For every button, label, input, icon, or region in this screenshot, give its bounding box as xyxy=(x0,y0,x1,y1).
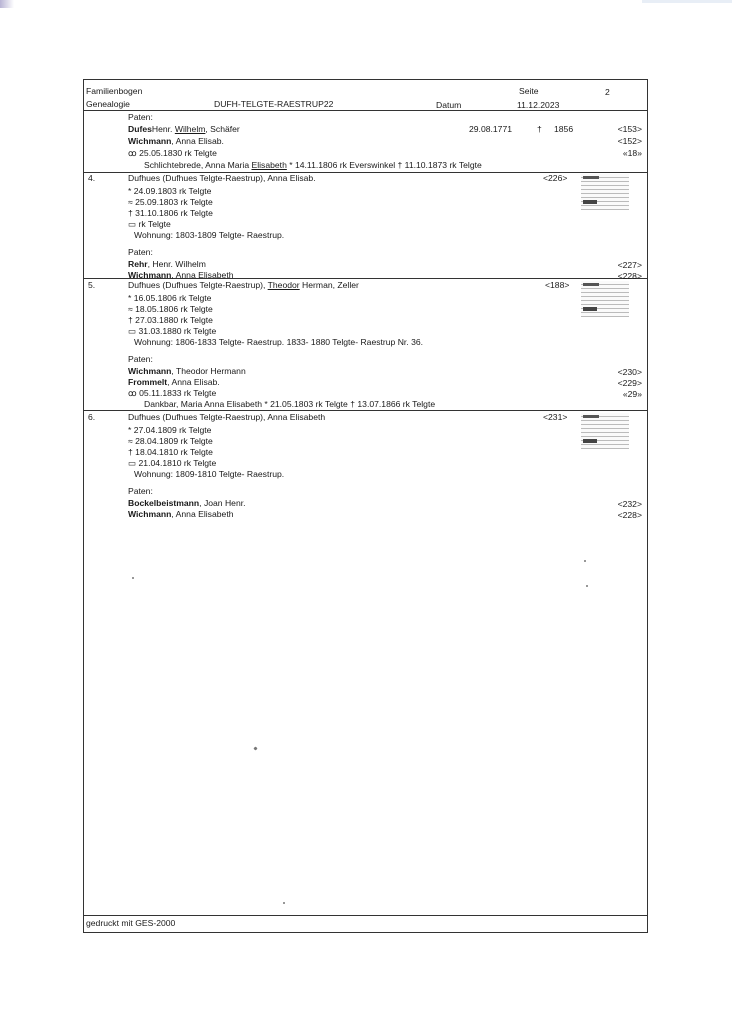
date-label: Datum xyxy=(436,100,461,111)
scan-speck xyxy=(253,746,257,750)
child-entry: 4. Dufhues (Dufhues Telgte-Raestrup), An… xyxy=(84,172,647,279)
entry-number: 6. xyxy=(88,412,95,423)
godparent: Rehr, Henr. Wilhelm xyxy=(128,259,206,270)
paten-label: Paten: xyxy=(128,112,153,123)
file-name: DUFH-TELGTE-RAESTRUP22 xyxy=(214,99,333,110)
child-name: Dufhues (Dufhues Telgte-Raestrup), Theod… xyxy=(128,280,359,291)
spouse: Dankbar, Maria Anna Elisabeth * 21.05.18… xyxy=(144,399,435,410)
document-thumbnail[interactable] xyxy=(581,281,629,317)
child-name: Dufhues (Dufhues Telgte-Raestrup), Anna … xyxy=(128,173,316,184)
godparent: Wichmann, Theodor Hermann xyxy=(128,366,246,377)
document-thumbnail[interactable] xyxy=(581,413,629,449)
sheet-header: Familienbogen Genealogie DUFH-TELGTE-RAE… xyxy=(84,80,647,111)
godparent-surname: Dufes xyxy=(128,124,152,134)
marriage-event: ꝏ 25.05.1830 rk Telgte xyxy=(128,148,217,159)
godparent: Wichmann, Anna Elisabeth xyxy=(128,509,234,520)
marriage-event: ꝏ 05.11.1833 rk Telgte xyxy=(128,388,216,399)
event-line: † 27.03.1880 rk Telgte xyxy=(128,315,213,326)
family-sheet: Familienbogen Genealogie DUFH-TELGTE-RAE… xyxy=(83,79,648,933)
continuation-block: Paten: DufesHenr. Wilhelm, Schäfer 29.08… xyxy=(84,111,647,173)
residence: Wohnung: 1809-1810 Telgte- Raestrup. xyxy=(134,469,284,480)
paten-label: Paten: xyxy=(128,354,153,365)
person-ref: <227> xyxy=(618,260,642,271)
event-line: ▭ rk Telgte xyxy=(128,219,171,230)
godparent: Frommelt, Anna Elisab. xyxy=(128,377,220,388)
scan-speck xyxy=(132,577,134,579)
event-line: * 24.09.1803 rk Telgte xyxy=(128,186,211,197)
scan-artifact xyxy=(642,0,732,3)
scan-artifact xyxy=(0,0,14,8)
child-name: Dufhues (Dufhues Telgte-Raestrup), Anna … xyxy=(128,412,325,423)
entry-number: 5. xyxy=(88,280,95,291)
residence: Wohnung: 1803-1809 Telgte- Raestrup. xyxy=(134,230,284,241)
residence: Wohnung: 1806-1833 Telgte- Raestrup. 183… xyxy=(134,337,423,348)
form-title: Familienbogen xyxy=(86,86,142,97)
person-ref: <231> xyxy=(543,412,567,423)
event-line: * 16.05.1806 rk Telgte xyxy=(128,293,211,304)
section-label: Genealogie xyxy=(86,99,130,110)
person-ref: <230> xyxy=(618,367,642,378)
person-ref: <188> xyxy=(545,280,569,291)
event-line: ≈ 25.09.1803 rk Telgte xyxy=(128,197,213,208)
godparent-death: 1856 xyxy=(554,124,573,135)
event-line: ≈ 28.04.1809 rk Telgte xyxy=(128,436,213,447)
family-ref: «29» xyxy=(623,389,642,400)
scan-speck xyxy=(586,585,588,587)
event-line: † 31.10.1806 rk Telgte xyxy=(128,208,213,219)
printed-with: gedruckt mit GES-2000 xyxy=(86,918,175,929)
person-ref: <228> xyxy=(618,510,642,521)
person-ref: <229> xyxy=(618,378,642,389)
death-symbol: † xyxy=(537,124,542,135)
event-line: ▭ 21.04.1810 rk Telgte xyxy=(128,458,216,469)
page-label: Seite xyxy=(519,86,539,97)
child-entry: 5. Dufhues (Dufhues Telgte-Raestrup), Th… xyxy=(84,279,647,411)
paten-label: Paten: xyxy=(128,247,153,258)
paten-label: Paten: xyxy=(128,486,153,497)
godparent: Wichmann, Anna Elisab. xyxy=(128,136,224,147)
godparent: Bockelbeistmann, Joan Henr. xyxy=(128,498,246,509)
scan-speck xyxy=(584,560,586,562)
person-ref: <153> xyxy=(618,124,642,135)
event-line: † 18.04.1810 rk Telgte xyxy=(128,447,213,458)
godparent-birth: 29.08.1771 xyxy=(469,124,512,135)
spouse: Schlichtebrede, Anna Maria Elisabeth * 1… xyxy=(144,160,482,171)
person-ref: <226> xyxy=(543,173,567,184)
page-number: 2 xyxy=(605,87,610,98)
family-ref: «18» xyxy=(623,148,642,159)
sheet-footer: gedruckt mit GES-2000 xyxy=(84,915,647,932)
date-value: 11.12.2023 xyxy=(517,100,559,111)
scan-speck xyxy=(283,902,285,904)
event-line: ≈ 18.05.1806 rk Telgte xyxy=(128,304,213,315)
document-thumbnail[interactable] xyxy=(581,174,629,210)
event-line: ▭ 31.03.1880 rk Telgte xyxy=(128,326,216,337)
godparent: DufesHenr. Wilhelm, Schäfer xyxy=(128,124,240,135)
person-ref: <232> xyxy=(618,499,642,510)
person-ref: <152> xyxy=(618,136,642,147)
child-entry: 6. Dufhues (Dufhues Telgte-Raestrup), An… xyxy=(84,411,647,521)
event-line: * 27.04.1809 rk Telgte xyxy=(128,425,211,436)
entry-number: 4. xyxy=(88,173,95,184)
